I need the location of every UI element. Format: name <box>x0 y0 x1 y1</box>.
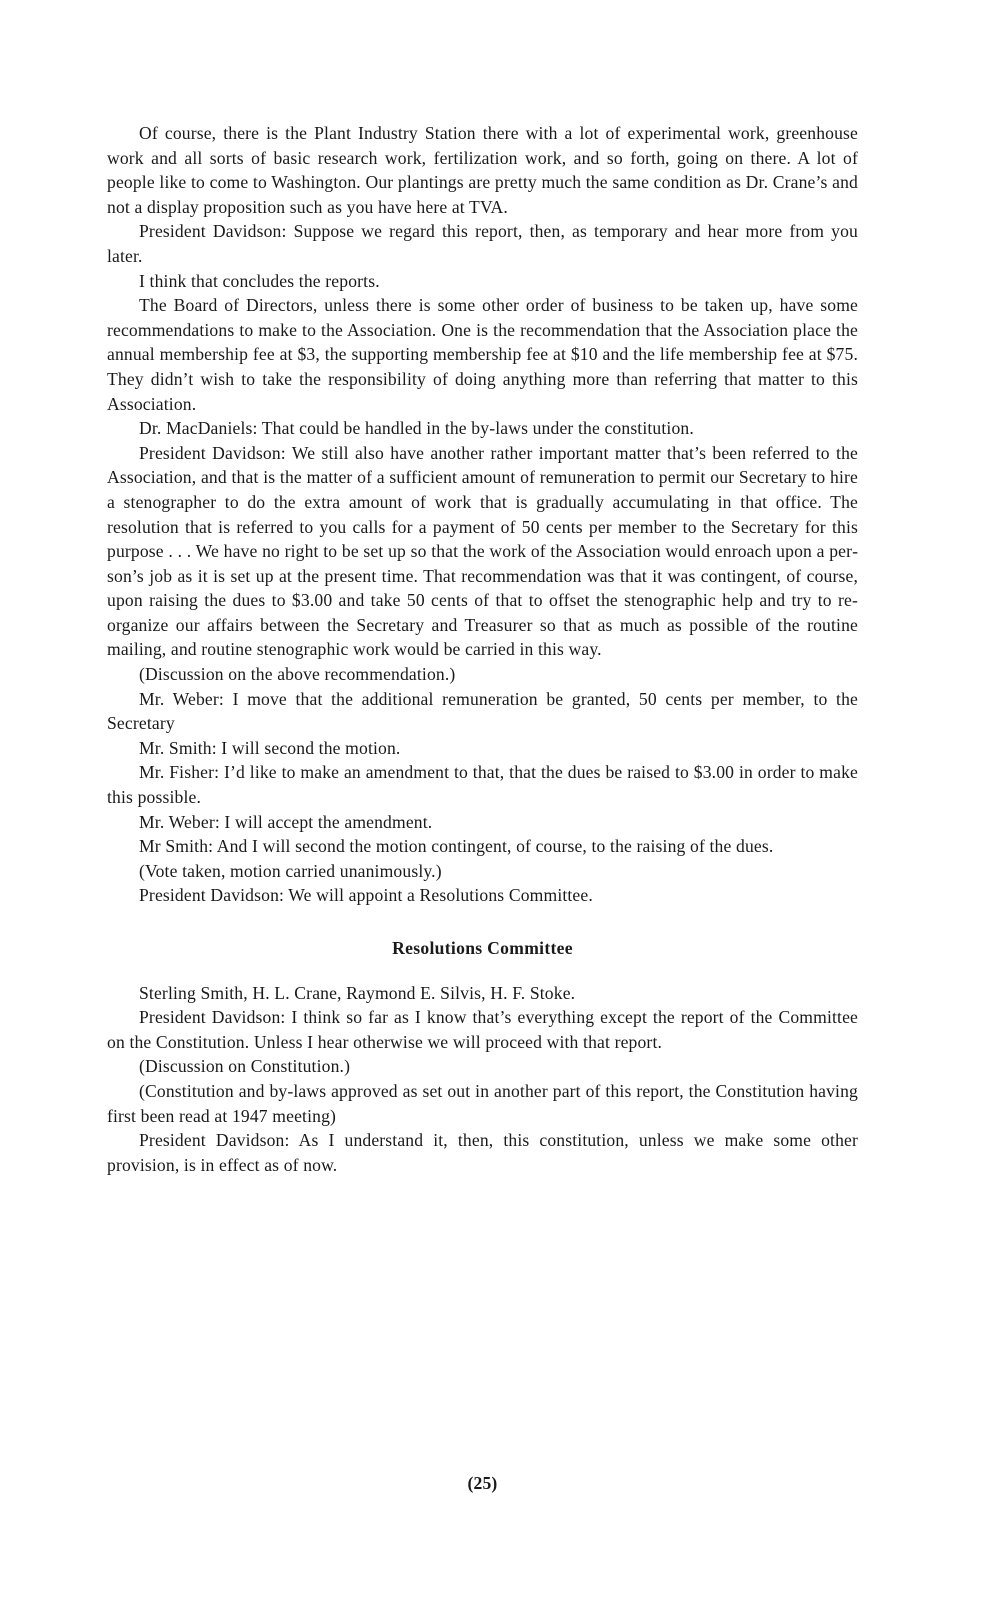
document-page: Of course, there is the Plant Industry S… <box>107 121 858 1177</box>
paragraph-macdaniels: Dr. MacDaniels: That could be handled in… <box>107 416 858 441</box>
paragraph-davidson-constitution: President Davidson: I think so far as I … <box>107 1005 858 1054</box>
paragraph-discussion-recommendation: (Discussion on the above recommendation.… <box>107 662 858 687</box>
paragraph-committee-members: Sterling Smith, H. L. Crane, Raymond E. … <box>107 981 858 1006</box>
page-number: (25) <box>107 1471 858 1496</box>
paragraph-davidson-in-effect: President Davidson: As I understand it, … <box>107 1128 858 1177</box>
paragraph-davidson-remuneration: President Davidson: We still also have a… <box>107 441 858 662</box>
paragraph-davidson-temporary: President Davidson: Suppose we regard th… <box>107 219 858 268</box>
paragraph-vote-taken: (Vote taken, motion carried unanimously.… <box>107 859 858 884</box>
paragraph-weber-accept: Mr. Weber: I will accept the amendment. <box>107 810 858 835</box>
paragraph-board-recommendations: The Board of Directors, unless there is … <box>107 293 858 416</box>
paragraph-plant-industry: Of course, there is the Plant Industry S… <box>107 121 858 219</box>
paragraph-weber-move: Mr. Weber: I move that the additional re… <box>107 687 858 736</box>
paragraph-smith-contingent: Mr Smith: And I will second the motion c… <box>107 834 858 859</box>
paragraph-discussion-constitution: (Discussion on Constitution.) <box>107 1054 858 1079</box>
section-heading-resolutions-committee: Resolutions Committee <box>107 936 858 961</box>
paragraph-fisher-amendment: Mr. Fisher: I’d like to make an amendmen… <box>107 760 858 809</box>
paragraph-smith-second: Mr. Smith: I will second the motion. <box>107 736 858 761</box>
paragraph-appoint-committee: President Davidson: We will appoint a Re… <box>107 883 858 908</box>
paragraph-concludes-reports: I think that concludes the reports. <box>107 269 858 294</box>
paragraph-constitution-approved: (Constitution and by-laws approved as se… <box>107 1079 858 1128</box>
